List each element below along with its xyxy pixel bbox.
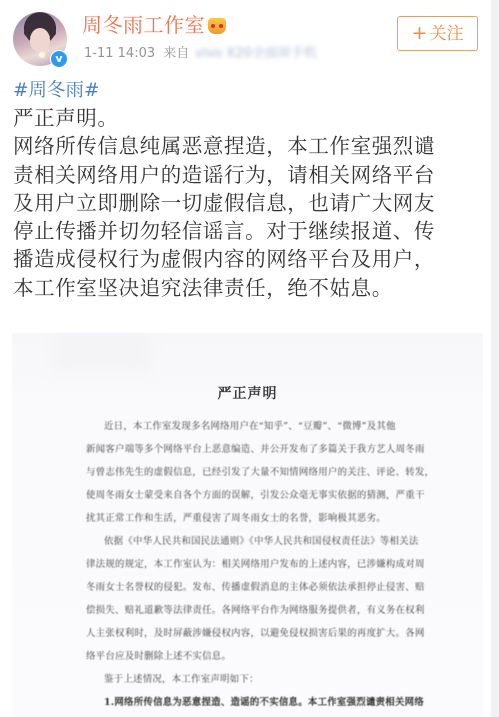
post-content: #周冬雨# 严正声明。 网络所传信息纯属恶意捏造，本工作室强烈谴 责相关网络用户… [13, 77, 483, 302]
post-text-line: 停止传播并切勿轻信谣言。对于继续报道、传 [13, 217, 483, 245]
statement-line: 扰其正常工作和生活，严重侵害了周冬雨女士的名誉，影响极其恶劣。 [86, 513, 386, 525]
post-meta: 1-11 14:03 来自vivo X20全面屏手机 [84, 46, 317, 62]
post-text-line: 播造成侵权行为虚假内容的网络平台及用户， [13, 245, 483, 273]
post-header: v 周冬雨工作室 1-11 14:03 来自vivo X20全面屏手机 +关注 [0, 0, 491, 72]
avatar-glow-shape [39, 52, 45, 58]
statement-line: 近日，本工作室发现多名网络用户在“知乎”、“豆瓣”、“微博”及其他 [104, 421, 396, 433]
scrollbar-track[interactable] [491, 0, 499, 717]
statement-line: 律法规的规定，本工作室认为：相关网络用户发布的上述内容，已涉嫌构成对周 [86, 559, 425, 571]
statement-line: 冬雨女士名誉权的侵犯。发布、传播虚假消息的主体必须依法承担停止侵害、赔 [86, 582, 425, 594]
statement-line: 使周冬雨女士蒙受来自各个方面的误解，引发公众毫无事实依据的猜测，严重干 [86, 490, 425, 502]
hashtag-link[interactable]: #周冬雨# [13, 77, 483, 104]
post-text-line: 本工作室坚决追究法律责任，绝不姑息。 [13, 274, 483, 302]
verified-badge-icon: v [50, 50, 68, 68]
post-text-line: 及用户立即删除一切虚假信息，也请广大网友 [13, 189, 483, 217]
statement-line: 1.网络所传信息为恶意捏造、造谣的不实信息。本工作室强烈谴责相关网络 [104, 697, 424, 709]
post-date: 1-11 [84, 46, 114, 61]
statement-line: 依据《中华人民共和国民法通则》《中华人民共和国侵权责任法》等相关法 [104, 536, 419, 548]
plus-icon: + [412, 22, 428, 44]
statement-line: 人主张权利时，及时屏蔽涉嫌侵权内容，以避免侵权损害后果的再度扩大。各网 [86, 628, 425, 640]
statement-line: 络平台应及时删除上述不实信息。 [86, 651, 231, 663]
attached-statement-image[interactable]: 严正声明 近日，本工作室发现多名网络用户在“知乎”、“豆瓣”、“微博”及其他 新… [12, 333, 483, 717]
post-text-line: 责相关网络用户的造谣行为，请相关网络平台 [13, 161, 483, 189]
post-source-prefix: 来自 [163, 46, 189, 61]
statement-line: 偿损失、赔礼道歉等法律责任。各网络平台作为网络服务提供者，有义务在权利 [86, 605, 425, 617]
statement-line: 与曾志伟先生的虚假信息，已经引发了大量不知情网络用户的关注、评论、转发， [86, 467, 434, 479]
author-name[interactable]: 周冬雨工作室 [82, 12, 226, 38]
follow-button-label: 关注 [429, 24, 463, 44]
statement-title: 严正声明 [12, 383, 483, 403]
post-time: 14:03 [118, 46, 155, 61]
avatar-face-shape [30, 28, 50, 52]
crown-icon [208, 18, 226, 34]
post-source-device: vivo X20全面屏手机 [195, 46, 317, 62]
author-name-text[interactable]: 周冬雨工作室 [82, 13, 205, 37]
statement-line: 新闻客户端等多个网络平台上恶意编造、并公开发布了多篇关于我方艺人周冬雨 [86, 444, 425, 456]
statement-line: 鉴于上述情况，本工作室声明如下： [104, 674, 259, 686]
post-text-line: 严正声明。 [13, 104, 483, 132]
follow-button[interactable]: +关注 [397, 16, 478, 51]
post-text-line: 网络所传信息纯属恶意捏造，本工作室强烈谴 [13, 132, 483, 160]
